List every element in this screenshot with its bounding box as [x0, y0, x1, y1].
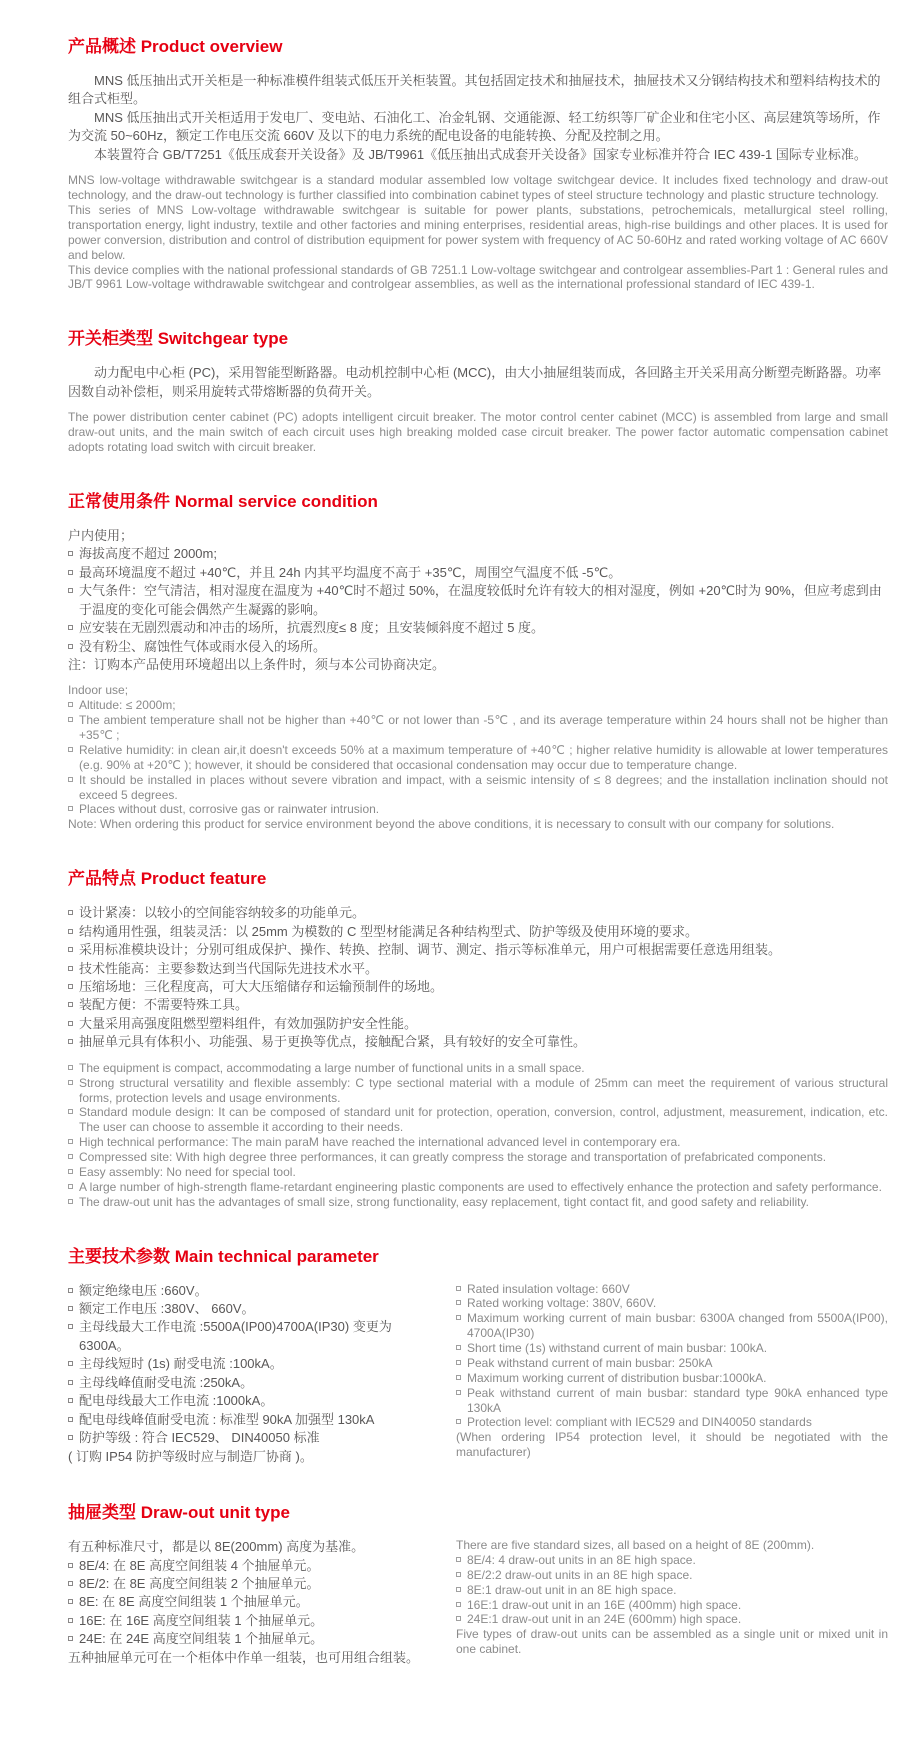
paragraph-en: MNS low-voltage withdrawable switchgear …	[68, 173, 888, 203]
square-bullet-icon	[68, 929, 73, 934]
section-switchgear-type: 开关柜类型 Switchgear type 动力配电中心柜 (PC)，采用智能型…	[68, 324, 888, 455]
list-item-text: Short time (1s) withstand current of mai…	[467, 1341, 767, 1355]
square-bullet-icon	[456, 1616, 461, 1621]
list-item-text: 防护等级 : 符合 IEC529、 DIN40050 标准	[79, 1430, 320, 1445]
drawout-cn-column: 有五种标准尺寸，都是以 8E(200mm) 高度为基准。 8E/4: 在 8E …	[68, 1538, 440, 1667]
square-bullet-icon	[456, 1572, 461, 1577]
list-item: 8E/2: 在 8E 高度空间组装 2 个抽屉单元。	[68, 1575, 440, 1593]
square-bullet-icon	[68, 1435, 73, 1440]
square-bullet-icon	[456, 1602, 461, 1607]
square-bullet-icon	[456, 1300, 461, 1305]
square-bullet-icon	[68, 1288, 73, 1293]
list-item-text: 大气条件：空气清洁，相对湿度在温度为 +40℃时不超过 50%，在温度较低时允许…	[79, 583, 882, 616]
square-bullet-icon	[68, 947, 73, 952]
list-item-text: 8E/2:2 draw-out units in an 8E high spac…	[467, 1568, 692, 1582]
list-item: 主母线最大工作电流 :5500A(IP00)4700A(IP30) 变更为 63…	[68, 1318, 440, 1355]
list-item: 装配方便：不需要特殊工具。	[68, 996, 888, 1014]
square-bullet-icon	[456, 1345, 461, 1350]
square-bullet-icon	[68, 984, 73, 989]
section-product-overview: 产品概述 Product overview MNS 低压抽出式开关柜是一种标准模…	[68, 32, 888, 292]
overview-english-paragraphs: MNS low-voltage withdrawable switchgear …	[68, 173, 888, 292]
list-item-text: 配电母线最大工作电流 :1000kA。	[79, 1393, 273, 1408]
list-item: 24E:1 draw-out unit in an 24E (600mm) hi…	[456, 1612, 888, 1627]
list-item-text: Relative humidity: in clean air,it doesn…	[79, 743, 888, 772]
list-item: 8E: 在 8E 高度空间组装 1 个抽屉单元。	[68, 1593, 440, 1611]
list-item: 结构通用性强，组装灵活：以 25mm 为模数的 C 型型材能满足各种结构型式、防…	[68, 923, 888, 941]
list-item-text: 采用标准模块设计；分别可组成保护、操作、转换、控制、调节、测定、指示等标准单元，…	[79, 942, 781, 957]
list-item-text: 额定工作电压 :380V、 660V。	[79, 1301, 255, 1316]
list-item: 配电母线最大工作电流 :1000kA。	[68, 1392, 440, 1410]
paragraph-cn: 本装置符合 GB/T7251《低压成套开关设备》及 JB/T9961《低压抽出式…	[68, 146, 888, 164]
list-item: 额定绝缘电压 :660V。	[68, 1282, 440, 1300]
tech-en-note: (When ordering IP54 protection level, it…	[456, 1430, 888, 1460]
section-technical-parameter: 主要技术参数 Main technical parameter 额定绝缘电压 :…	[68, 1242, 888, 1467]
list-item-text: 8E/4: 4 draw-out units in an 8E high spa…	[467, 1553, 696, 1567]
square-bullet-icon	[68, 1618, 73, 1623]
drawout-en-column: There are five standard sizes, all based…	[456, 1538, 888, 1667]
list-item-text: 大量采用高强度阻燃型塑料组件，有效加强防护安全性能。	[79, 1016, 417, 1031]
list-item: The draw-out unit has the advantages of …	[68, 1195, 888, 1210]
feature-en-list: The equipment is compact, accommodating …	[68, 1061, 888, 1210]
square-bullet-icon	[68, 1199, 73, 1204]
square-bullet-icon	[68, 1184, 73, 1189]
square-bullet-icon	[68, 1002, 73, 1007]
list-item-text: Easy assembly: No need for special tool.	[79, 1165, 296, 1179]
list-item-text: Maximum working current of distribution …	[467, 1371, 766, 1385]
list-item-text: 8E:1 draw-out unit in an 8E high space.	[467, 1583, 676, 1597]
square-bullet-icon	[68, 910, 73, 915]
square-bullet-icon	[68, 1139, 73, 1144]
list-item-text: Protection level: compliant with IEC529 …	[467, 1415, 812, 1429]
list-item: 设计紧凑：以较小的空间能容纳较多的功能单元。	[68, 904, 888, 922]
list-item: 额定工作电压 :380V、 660V。	[68, 1300, 440, 1318]
list-item-text: The equipment is compact, accommodating …	[79, 1061, 585, 1075]
tech-en-column: Rated insulation voltage: 660V Rated wor…	[456, 1282, 888, 1467]
list-item-text: 海拔高度不超过 2000m;	[79, 546, 217, 561]
square-bullet-icon	[456, 1375, 461, 1380]
section-title-service-condition: 正常使用条件 Normal service condition	[68, 487, 888, 512]
list-item: 主母线峰值耐受电流 :250kA。	[68, 1374, 440, 1392]
square-bullet-icon	[68, 1581, 73, 1586]
drawout-en-note: Five types of draw-out units can be asse…	[456, 1627, 888, 1657]
drawout-cn-note: 五种抽屉单元可在一个柜体中作单一组装，也可用组合组装。	[68, 1649, 440, 1667]
list-item-text: Strong structural versatility and flexib…	[79, 1076, 888, 1105]
tech-cn-note: ( 订购 IP54 防护等级时应与制造厂协商 )。	[68, 1448, 440, 1466]
list-item-text: 8E/4: 在 8E 高度空间组装 4 个抽屉单元。	[79, 1558, 320, 1573]
list-item-text: 16E: 在 16E 高度空间组装 1 个抽屉单元。	[79, 1613, 323, 1628]
list-item-text: 主母线最大工作电流 :5500A(IP00)4700A(IP30) 变更为 63…	[79, 1319, 392, 1352]
list-item-text: 主母线峰值耐受电流 :250kA。	[79, 1375, 253, 1390]
list-item-text: Rated working voltage: 380V, 660V.	[467, 1296, 656, 1310]
section-service-condition: 正常使用条件 Normal service condition 户内使用； 海拔…	[68, 487, 888, 832]
switchgear-english-paragraphs: The power distribution center cabinet (P…	[68, 410, 888, 455]
square-bullet-icon	[68, 570, 73, 575]
list-item: Places without dust, corrosive gas or ra…	[68, 802, 888, 817]
list-item-text: Places without dust, corrosive gas or ra…	[79, 802, 379, 816]
drawout-cn-list: 8E/4: 在 8E 高度空间组装 4 个抽屉单元。 8E/2: 在 8E 高度…	[68, 1557, 440, 1649]
list-item-text: 8E/2: 在 8E 高度空间组装 2 个抽屉单元。	[79, 1576, 320, 1591]
list-item-text: 压缩场地：三化程度高，可大大压缩储存和运输预制件的场地。	[79, 979, 443, 994]
list-item-text: The ambient temperature shall not be hig…	[79, 713, 888, 742]
list-item: The equipment is compact, accommodating …	[68, 1061, 888, 1076]
section-title-technical-parameter: 主要技术参数 Main technical parameter	[68, 1242, 888, 1267]
paragraph-en: This series of MNS Low-voltage withdrawa…	[68, 203, 888, 263]
square-bullet-icon	[456, 1315, 461, 1320]
drawout-en-intro: There are five standard sizes, all based…	[456, 1538, 888, 1553]
list-item-text: 8E: 在 8E 高度空间组装 1 个抽屉单元。	[79, 1594, 309, 1609]
list-item-text: 结构通用性强，组装灵活：以 25mm 为模数的 C 型型材能满足各种结构型式、防…	[79, 924, 698, 939]
square-bullet-icon	[68, 588, 73, 593]
list-item: 采用标准模块设计；分别可组成保护、操作、转换、控制、调节、测定、指示等标准单元，…	[68, 941, 888, 959]
list-item: 防护等级 : 符合 IEC529、 DIN40050 标准	[68, 1429, 440, 1447]
square-bullet-icon	[456, 1390, 461, 1395]
paragraph-cn: MNS 低压抽出式开关柜是一种标准模件组装式低压开关柜装置。其包括固定技术和抽屉…	[68, 72, 888, 109]
drawout-en-list: 8E/4: 4 draw-out units in an 8E high spa…	[456, 1553, 888, 1627]
list-item-text: 最高环境温度不超过 +40℃，并且 24h 内其平均温度不高于 +35℃，周围空…	[79, 565, 621, 580]
square-bullet-icon	[68, 1021, 73, 1026]
list-item-text: 额定绝缘电压 :660V。	[79, 1283, 208, 1298]
list-item-text: 24E: 在 24E 高度空间组装 1 个抽屉单元。	[79, 1631, 323, 1646]
square-bullet-icon	[68, 1563, 73, 1568]
list-item: Maximum working current of main busbar: …	[456, 1311, 888, 1341]
tech-cn-list: 额定绝缘电压 :660V。 额定工作电压 :380V、 660V。 主母线最大工…	[68, 1282, 440, 1448]
square-bullet-icon	[456, 1360, 461, 1365]
square-bullet-icon	[68, 551, 73, 556]
section-title-switchgear-type: 开关柜类型 Switchgear type	[68, 324, 888, 349]
drawout-cn-intro: 有五种标准尺寸，都是以 8E(200mm) 高度为基准。	[68, 1538, 440, 1556]
switchgear-chinese-paragraphs: 动力配电中心柜 (PC)，采用智能型断路器。电动机控制中心柜 (MCC)，由大小…	[68, 364, 888, 401]
list-item: 技术性能高：主要参数达到当代国际先进技术水平。	[68, 960, 888, 978]
square-bullet-icon	[68, 1065, 73, 1070]
list-item: 最高环境温度不超过 +40℃，并且 24h 内其平均温度不高于 +35℃，周围空…	[68, 564, 888, 582]
square-bullet-icon	[68, 747, 73, 752]
square-bullet-icon	[456, 1286, 461, 1291]
list-item-text: 装配方便：不需要特殊工具。	[79, 997, 248, 1012]
list-item-text: 主母线短时 (1s) 耐受电流 :100kA。	[79, 1356, 283, 1371]
list-item: 主母线短时 (1s) 耐受电流 :100kA。	[68, 1355, 440, 1373]
service-en-intro: Indoor use;	[68, 683, 888, 698]
document-page: 产品概述 Product overview MNS 低压抽出式开关柜是一种标准模…	[0, 0, 898, 1739]
list-item: 抽屉单元具有体积小、功能强、易于更换等优点，接触配合紧，具有较好的安全可靠性。	[68, 1033, 888, 1051]
list-item-text: Compressed site: With high degree three …	[79, 1150, 826, 1164]
list-item: 8E/4: 4 draw-out units in an 8E high spa…	[456, 1553, 888, 1568]
square-bullet-icon	[68, 1109, 73, 1114]
list-item: 16E:1 draw-out unit in an 16E (400mm) hi…	[456, 1598, 888, 1613]
list-item: Easy assembly: No need for special tool.	[68, 1165, 888, 1180]
section-title-product-feature: 产品特点 Product feature	[68, 864, 888, 889]
square-bullet-icon	[68, 1636, 73, 1641]
square-bullet-icon	[68, 717, 73, 722]
list-item-text: 技术性能高：主要参数达到当代国际先进技术水平。	[79, 961, 378, 976]
square-bullet-icon	[68, 777, 73, 782]
service-cn-note: 注：订购本产品使用环境超出以上条件时，须与本公司协商决定。	[68, 656, 888, 674]
list-item-text: 设计紧凑：以较小的空间能容纳较多的功能单元。	[79, 905, 365, 920]
square-bullet-icon	[68, 1306, 73, 1311]
list-item: 压缩场地：三化程度高，可大大压缩储存和运输预制件的场地。	[68, 978, 888, 996]
list-item: 海拔高度不超过 2000m;	[68, 545, 888, 563]
tech-cn-column: 额定绝缘电压 :660V。 额定工作电压 :380V、 660V。 主母线最大工…	[68, 1282, 440, 1467]
square-bullet-icon	[68, 1169, 73, 1174]
list-item: 24E: 在 24E 高度空间组装 1 个抽屉单元。	[68, 1630, 440, 1648]
square-bullet-icon	[456, 1557, 461, 1562]
list-item: The ambient temperature shall not be hig…	[68, 713, 888, 743]
square-bullet-icon	[68, 625, 73, 630]
list-item-text: Maximum working current of main busbar: …	[467, 1311, 888, 1340]
list-item: Rated working voltage: 380V, 660V.	[456, 1296, 888, 1311]
list-item: Compressed site: With high degree three …	[68, 1150, 888, 1165]
service-en-note: Note: When ordering this product for ser…	[68, 817, 888, 832]
square-bullet-icon	[456, 1419, 461, 1424]
list-item: 配电母线峰值耐受电流 : 标准型 90kA 加强型 130kA	[68, 1411, 440, 1429]
list-item: Short time (1s) withstand current of mai…	[456, 1341, 888, 1356]
list-item-text: Altitude: ≤ 2000m;	[79, 698, 176, 712]
section-product-feature: 产品特点 Product feature 设计紧凑：以较小的空间能容纳较多的功能…	[68, 864, 888, 1209]
list-item: 大气条件：空气清洁，相对湿度在温度为 +40℃时不超过 50%，在温度较低时允许…	[68, 582, 888, 619]
list-item: Standard module design: It can be compos…	[68, 1105, 888, 1135]
list-item: Protection level: compliant with IEC529 …	[456, 1415, 888, 1430]
service-en-list: Altitude: ≤ 2000m; The ambient temperatu…	[68, 698, 888, 817]
list-item-text: High technical performance: The main par…	[79, 1135, 680, 1149]
square-bullet-icon	[456, 1587, 461, 1592]
list-item: High technical performance: The main par…	[68, 1135, 888, 1150]
list-item-text: 应安装在无剧烈震动和冲击的场所，抗震烈度≤ 8 度；且安装倾斜度不超过 5 度。	[79, 620, 544, 635]
list-item-text: 没有粉尘、腐蚀性气体或雨水侵入的场所。	[79, 639, 326, 654]
list-item: 8E/2:2 draw-out units in an 8E high spac…	[456, 1568, 888, 1583]
section-title-product-overview: 产品概述 Product overview	[68, 32, 888, 57]
list-item: Relative humidity: in clean air,it doesn…	[68, 743, 888, 773]
paragraph-en: The power distribution center cabinet (P…	[68, 410, 888, 455]
feature-cn-list: 设计紧凑：以较小的空间能容纳较多的功能单元。 结构通用性强，组装灵活：以 25m…	[68, 904, 888, 1052]
list-item: 没有粉尘、腐蚀性气体或雨水侵入的场所。	[68, 638, 888, 656]
list-item-text: Standard module design: It can be compos…	[79, 1105, 888, 1134]
list-item-text: Rated insulation voltage: 660V	[467, 1282, 630, 1296]
list-item-text: The draw-out unit has the advantages of …	[79, 1195, 809, 1209]
section-drawout-type: 抽屉类型 Draw-out unit type 有五种标准尺寸，都是以 8E(2…	[68, 1498, 888, 1667]
list-item-text: 抽屉单元具有体积小、功能强、易于更换等优点，接触配合紧，具有较好的安全可靠性。	[79, 1034, 586, 1049]
list-item: Peak withstand current of main busbar: s…	[456, 1386, 888, 1416]
square-bullet-icon	[68, 702, 73, 707]
list-item: Rated insulation voltage: 660V	[456, 1282, 888, 1297]
list-item: 16E: 在 16E 高度空间组装 1 个抽屉单元。	[68, 1612, 440, 1630]
square-bullet-icon	[68, 1398, 73, 1403]
list-item-text: 16E:1 draw-out unit in an 16E (400mm) hi…	[467, 1598, 741, 1612]
list-item-text: Peak withstand current of main busbar: s…	[467, 1386, 888, 1415]
section-title-drawout-type: 抽屉类型 Draw-out unit type	[68, 1498, 888, 1523]
overview-chinese-paragraphs: MNS 低压抽出式开关柜是一种标准模件组装式低压开关柜装置。其包括固定技术和抽屉…	[68, 72, 888, 164]
list-item-text: 配电母线峰值耐受电流 : 标准型 90kA 加强型 130kA	[79, 1412, 374, 1427]
square-bullet-icon	[68, 1154, 73, 1159]
list-item: It should be installed in places without…	[68, 773, 888, 803]
list-item: Peak withstand current of main busbar: 2…	[456, 1356, 888, 1371]
list-item: 大量采用高强度阻燃型塑料组件，有效加强防护安全性能。	[68, 1015, 888, 1033]
square-bullet-icon	[68, 1324, 73, 1329]
list-item-text: Peak withstand current of main busbar: 2…	[467, 1356, 712, 1370]
list-item: 应安装在无剧烈震动和冲击的场所，抗震烈度≤ 8 度；且安装倾斜度不超过 5 度。	[68, 619, 888, 637]
square-bullet-icon	[68, 644, 73, 649]
list-item: A large number of high-strength flame-re…	[68, 1180, 888, 1195]
square-bullet-icon	[68, 1361, 73, 1366]
list-item-text: 24E:1 draw-out unit in an 24E (600mm) hi…	[467, 1612, 741, 1626]
square-bullet-icon	[68, 1417, 73, 1422]
list-item: Maximum working current of distribution …	[456, 1371, 888, 1386]
paragraph-cn: MNS 低压抽出式开关柜适用于发电厂、变电站、石油化工、冶金轧钢、交通能源、轻工…	[68, 109, 888, 146]
square-bullet-icon	[68, 806, 73, 811]
square-bullet-icon	[68, 1599, 73, 1604]
tech-en-list: Rated insulation voltage: 660V Rated wor…	[456, 1282, 888, 1431]
square-bullet-icon	[68, 1039, 73, 1044]
paragraph-cn: 动力配电中心柜 (PC)，采用智能型断路器。电动机控制中心柜 (MCC)，由大小…	[68, 364, 888, 401]
square-bullet-icon	[68, 1380, 73, 1385]
list-item-text: It should be installed in places without…	[79, 773, 888, 802]
list-item-text: A large number of high-strength flame-re…	[79, 1180, 882, 1194]
list-item: Altitude: ≤ 2000m;	[68, 698, 888, 713]
service-cn-intro: 户内使用；	[68, 527, 888, 545]
list-item: 8E:1 draw-out unit in an 8E high space.	[456, 1583, 888, 1598]
service-cn-list: 海拔高度不超过 2000m; 最高环境温度不超过 +40℃，并且 24h 内其平…	[68, 545, 888, 656]
list-item: Strong structural versatility and flexib…	[68, 1076, 888, 1106]
square-bullet-icon	[68, 966, 73, 971]
square-bullet-icon	[68, 1080, 73, 1085]
list-item: 8E/4: 在 8E 高度空间组装 4 个抽屉单元。	[68, 1557, 440, 1575]
paragraph-en: This device complies with the national p…	[68, 263, 888, 293]
